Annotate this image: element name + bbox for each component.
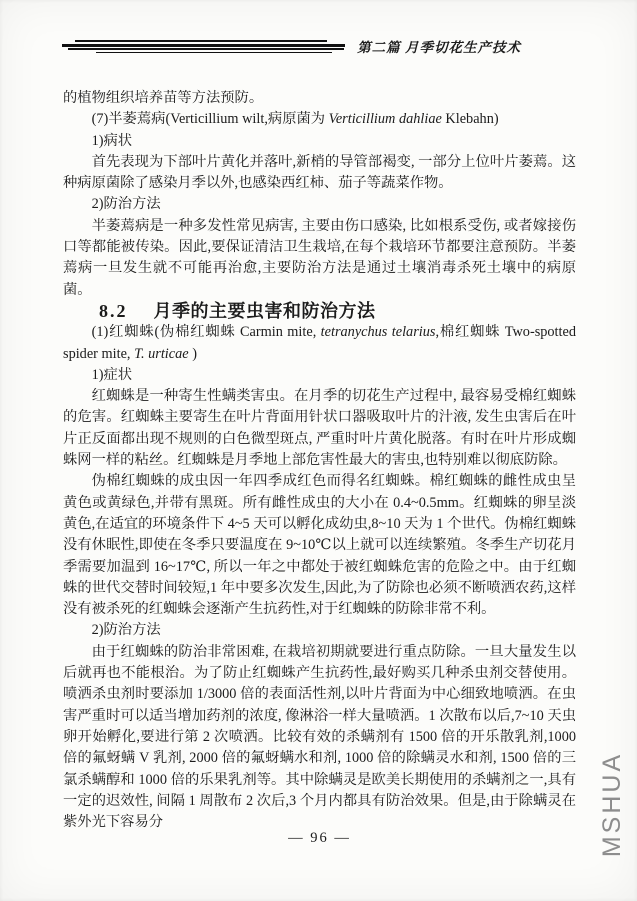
item-verticillium-wilt-post: Klebahn) <box>442 111 499 127</box>
label-disease-control: 2)防治方法 <box>63 194 576 215</box>
label-disease-symptoms: 1)病状 <box>63 131 576 152</box>
paragraph-disease-symptoms: 首先表现为下部叶片黄化并落叶,新梢的导管部褐变, 一部分上位叶片萎蔫。这种病原菌… <box>63 152 576 195</box>
item-verticillium-wilt: (7)半萎蔫病(Verticillium wilt,病原菌为 Verticill… <box>63 109 576 130</box>
label-pest-symptoms: 1)症状 <box>63 365 576 386</box>
paragraph-tissue-culture-continuation: 的植物组织培养苗等方法预防。 <box>63 88 576 109</box>
paragraph-pest-control: 由于红蜘蛛的防治非常困难, 在栽培初期就要进行重点防除。一旦大量发生以后就再也不… <box>63 642 576 834</box>
label-pest-control: 2)防治方法 <box>63 620 576 641</box>
header-rule-line <box>68 48 344 50</box>
header-rule-line <box>96 52 332 53</box>
section-title: 月季的主要虫害和防治方法 <box>154 301 376 321</box>
header-rule-line <box>62 44 345 47</box>
running-head: 第二篇 月季切花生产技术 <box>0 34 637 64</box>
scanned-book-page: 第二篇 月季切花生产技术 的植物组织培养苗等方法预防。 (7)半萎蔫病(Vert… <box>0 0 637 901</box>
paragraph-pest-symptoms-1: 红蜘蛛是一种寄生性螨类害虫。在月季的切花生产过程中, 最容易受棉红蜘蛛的危害。红… <box>63 386 576 471</box>
item-verticillium-wilt-pre: (7)半萎蔫病(Verticillium wilt,病原菌为 <box>92 111 329 127</box>
paragraph-pest-symptoms-2: 伪棉红蜘蛛的成虫因一年四季成红色而得名红蜘蛛。棉红蜘蛛的雌性成虫呈黄色或黄绿色,… <box>63 471 576 620</box>
section-heading-8-2: 8.2月季的主要虫害和防治方法 <box>63 301 576 322</box>
paragraph-disease-control: 半萎蔫病是一种多发性常见病害, 主要由伤口感染, 比如根系受伤, 或者嫁接伤口等… <box>63 216 576 301</box>
watermark-text: MSHUA <box>598 752 627 857</box>
header-rule-line <box>75 40 327 42</box>
section-number: 8.2 <box>99 301 128 321</box>
latin-name-verticillium-dahliae: Verticillium dahliae <box>329 111 442 127</box>
chapter-running-title: 第二篇 月季切花生产技术 <box>357 36 521 56</box>
latin-name-t-urticae: T. urticae <box>134 346 189 362</box>
latin-name-tetranychus-telarius: tetranychus telarius <box>321 324 436 340</box>
item-red-spider-mite-post: ) <box>189 346 197 362</box>
item-red-spider-mite: (1)红蜘蛛(伪棉红蜘蛛 Carmin mite, tetranychus te… <box>63 322 576 365</box>
page-number: — 96 — <box>63 830 576 847</box>
item-red-spider-mite-pre: (1)红蜘蛛(伪棉红蜘蛛 Carmin mite, <box>92 324 321 340</box>
body-text-column: 的植物组织培养苗等方法预防。 (7)半萎蔫病(Verticillium wilt… <box>63 88 576 833</box>
